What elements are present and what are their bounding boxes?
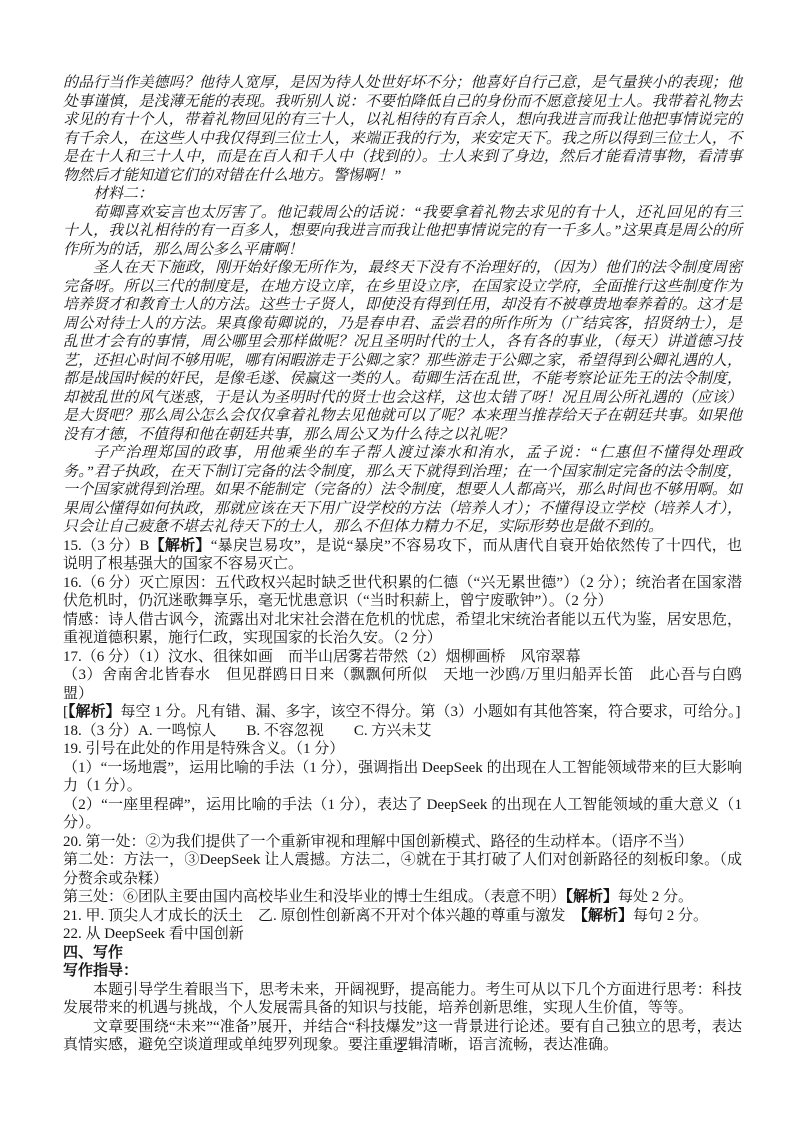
translation-paragraph: 子产治理郑国的政事，用他乘坐的车子帮人渡过溱水和洧水，孟子说：“仁惠但不懂得处理… [63,444,742,537]
document-page: 的品行当作美德吗？他待人宽厚，是因为待人处世好坏不分；他喜好自行己意，是气量狭小… [0,0,800,1131]
answer-line: 第三处：⑥团队主要由国内高校毕业生和没毕业的博士生组成。（表意不明）【解析】每处… [63,888,742,907]
answer-line: [【解析】每空 1 分。凡有错、漏、多字，该空不得分。第（3）小题如有其他答案，… [63,703,742,722]
answer-line: 20. 第一处：②为我们提供了一个重新审视和理解中国创新模式、路径的生动样本。（… [63,833,742,852]
translation-paragraph: 荀卿喜欢妄言也太厉害了。他记载周公的话说：“我要拿着礼物去求见的有十人，还礼回见… [63,204,742,260]
answer-line: （1）“一场地震”，运用比喻的手法（1 分），强调指出 DeepSeek 的出现… [63,759,742,796]
material2-label: 材料二： [63,185,742,204]
translation-paragraph: 圣人在天下施政，刚开始好像无所作为，最终天下没有不治理好的，（因为）他们的法令制… [63,259,742,444]
answer-line: 16.（6 分）灭亡原因：五代政权兴起时缺乏世代积累的仁德（“兴无累世德”）（2… [63,574,742,611]
translation-section: 的品行当作美德吗？他待人宽厚，是因为待人处世好坏不分；他喜好自行己意，是气量狭小… [63,74,742,537]
writing-section: 四、写作 写作指导： 本题引导学生着眼当下，思考未来，开阔视野，提高能力。考生可… [63,944,742,1055]
answer-line: 18.（3 分）A. 一鸣惊人 B. 不容忽视 C. 方兴未艾 [63,722,742,741]
answer-line: 15.（3 分）B【解析】“暴戾岂易攻”，是说“暴戾”不容易攻下，而从唐代自衰开… [63,537,742,574]
answer-line: 第二处：方法一，③DeepSeek 让人震撼。方法二，④就在于其打破了人们对创新… [63,851,742,888]
answer-line: 19. 引号在此处的作用是特殊含义。（1 分） [63,740,742,759]
answer-line: 情感：诗人借古讽今，流露出对北宋社会潜在危机的忧虑，希望北宋统治者能以五代为鉴，… [63,611,742,648]
answer-line: （2）“一座里程碑”，运用比喻的手法（1 分），表达了 DeepSeek 的出现… [63,796,742,833]
answer-line: （3）舍南舍北皆春水 但见群鸥日日来（飘飘何所似 天地一沙鸥/万里归船弄长笛 此… [63,666,742,703]
writing-paragraph: 本题引导学生着眼当下，思考未来，开阔视野，提高能力。考生可从以下几个方面进行思考… [63,981,742,1018]
page-number: 2 [0,1041,800,1057]
answer-line: 21. 甲. 顶尖人才成长的沃土 乙. 原创性创新离不开对个体兴趣的尊重与激发 … [63,907,742,926]
page-content: 的品行当作美德吗？他待人宽厚，是因为待人处世好坏不分；他喜好自行己意，是气量狭小… [63,74,742,1055]
writing-guide-label: 写作指导： [63,962,742,981]
answer-line: 22. 从 DeepSeek 看中国创新 [63,925,742,944]
translation-paragraph-continued: 的品行当作美德吗？他待人宽厚，是因为待人处世好坏不分；他喜好自行己意，是气量狭小… [63,74,742,185]
writing-heading: 四、写作 [63,944,742,963]
answers-section: 15.（3 分）B【解析】“暴戾岂易攻”，是说“暴戾”不容易攻下，而从唐代自衰开… [63,537,742,944]
answer-line: 17.（6 分）（1）汶水、徂徕如画 而半山居雾若带然（2）烟柳画桥 风帘翠幕 [63,648,742,667]
